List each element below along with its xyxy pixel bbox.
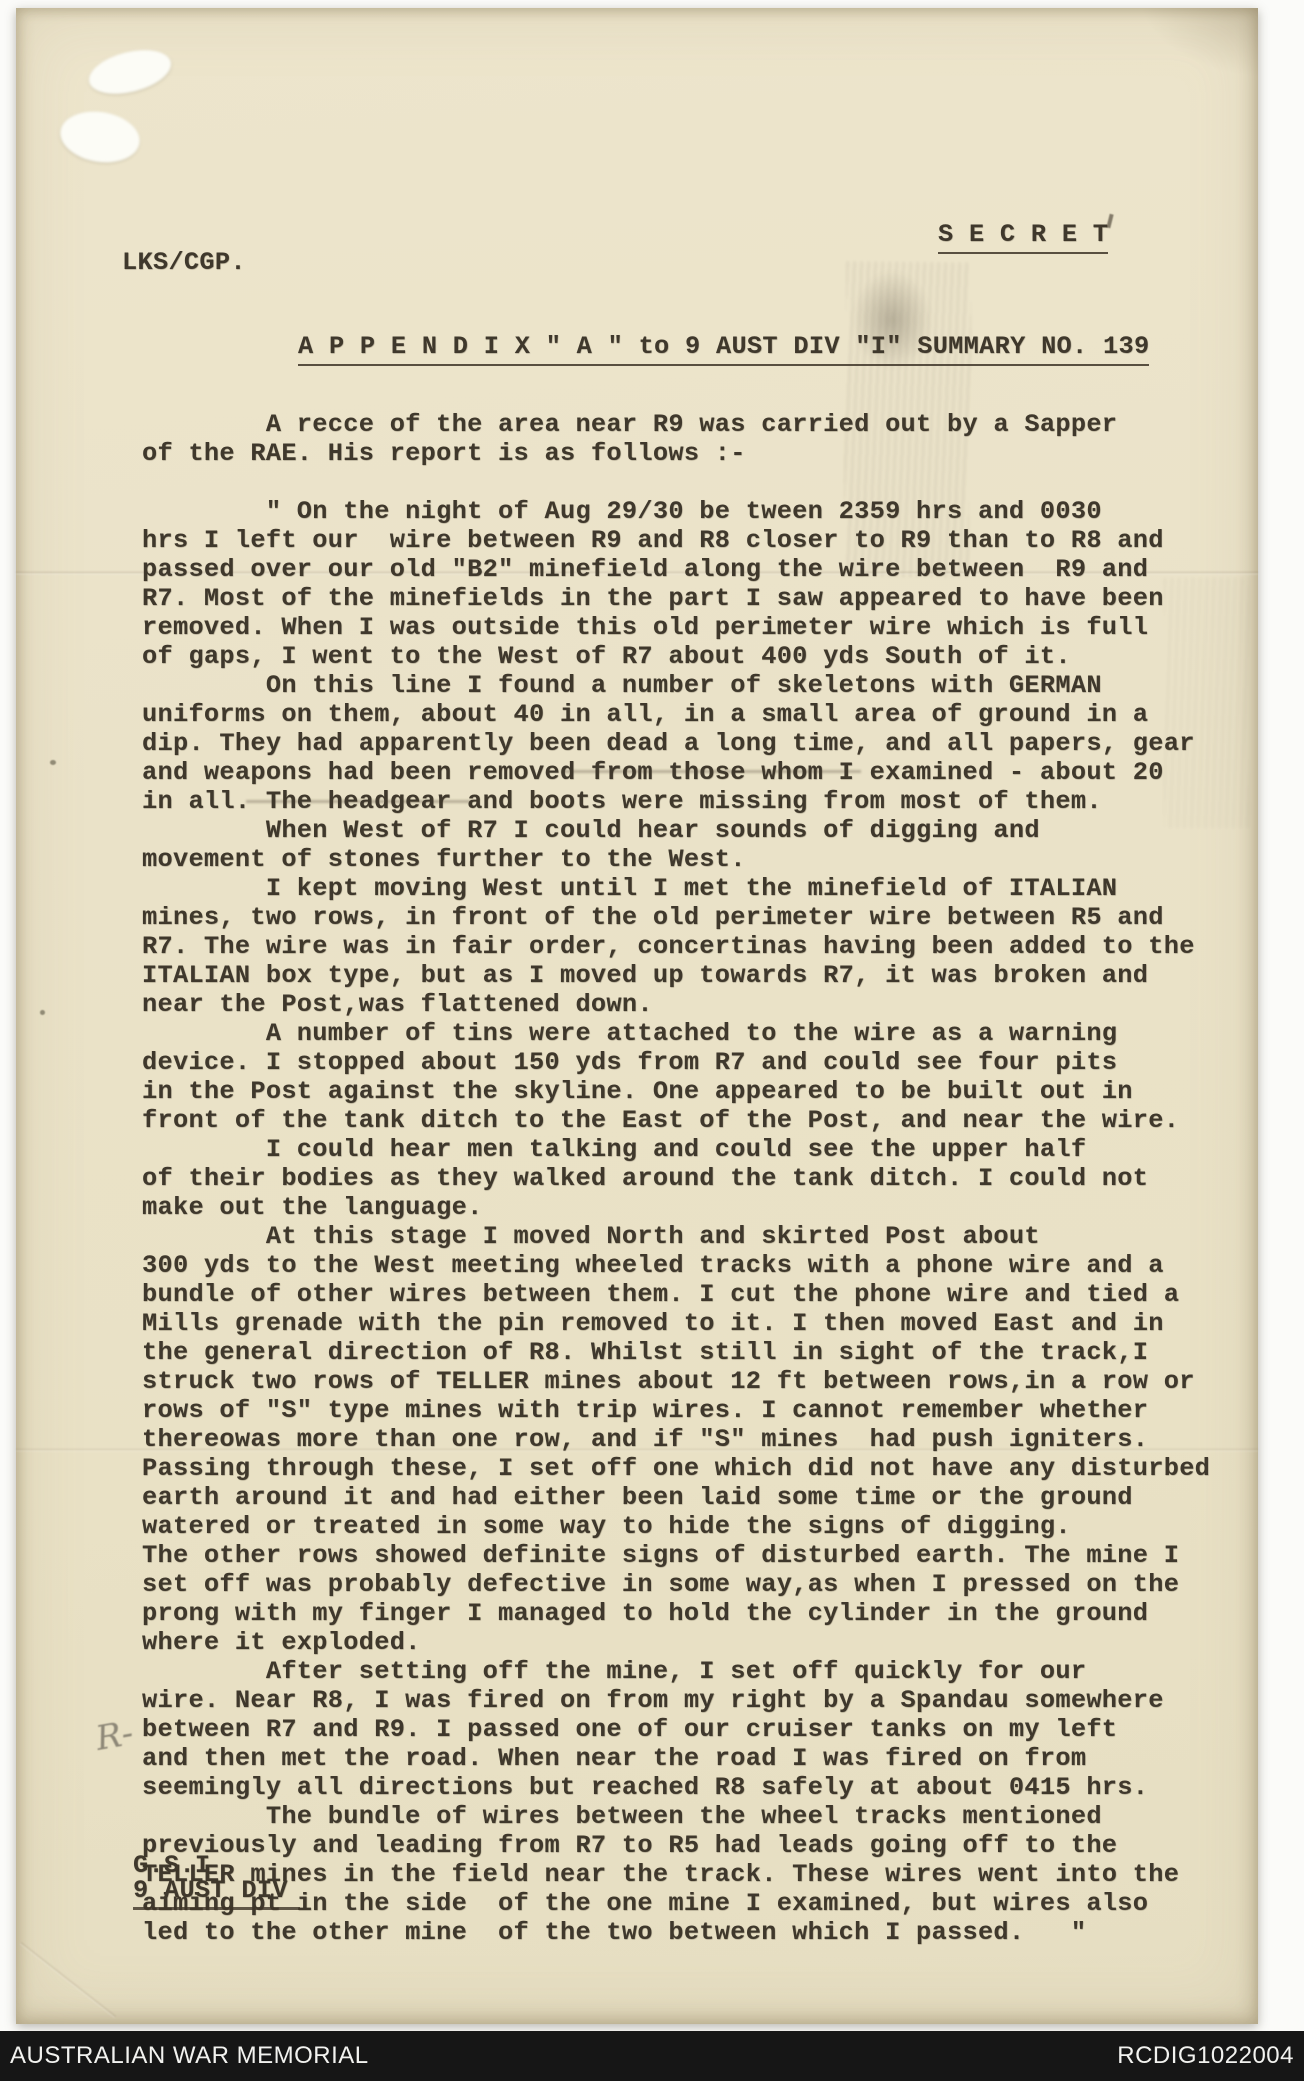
classification-label: S E C R E T bbox=[938, 220, 1108, 254]
typed-text-layer: LKS/CGP. S E C R E T A P P E N D I X " A… bbox=[16, 8, 1258, 2024]
classification-stamp: S E C R E T bbox=[938, 220, 1108, 249]
appendix-title-text: A P P E N D I X " A " to 9 AUST DIV "I" … bbox=[298, 332, 1149, 366]
signature-unit-text: 9 AUST DIV bbox=[133, 1876, 300, 1910]
appendix-title: A P P E N D I X " A " to 9 AUST DIV "I" … bbox=[298, 332, 1149, 361]
archive-name: AUSTRALIAN WAR MEMORIAL bbox=[10, 2042, 369, 2070]
handwritten-margin-note: R- bbox=[93, 1713, 136, 1759]
catalog-id: RCDIG1022004 bbox=[1117, 2042, 1294, 2070]
paper-page: LKS/CGP. S E C R E T A P P E N D I X " A… bbox=[16, 8, 1258, 2024]
report-body: A recce of the area near R9 was carried … bbox=[142, 410, 1210, 1947]
scanned-document-viewer: LKS/CGP. S E C R E T A P P E N D I X " A… bbox=[0, 0, 1304, 2081]
reference-code: LKS/CGP. bbox=[122, 248, 246, 277]
archive-bar: AUSTRALIAN WAR MEMORIAL RCDIG1022004 bbox=[0, 2031, 1304, 2081]
signature-unit: 9 AUST DIV bbox=[133, 1876, 300, 1905]
